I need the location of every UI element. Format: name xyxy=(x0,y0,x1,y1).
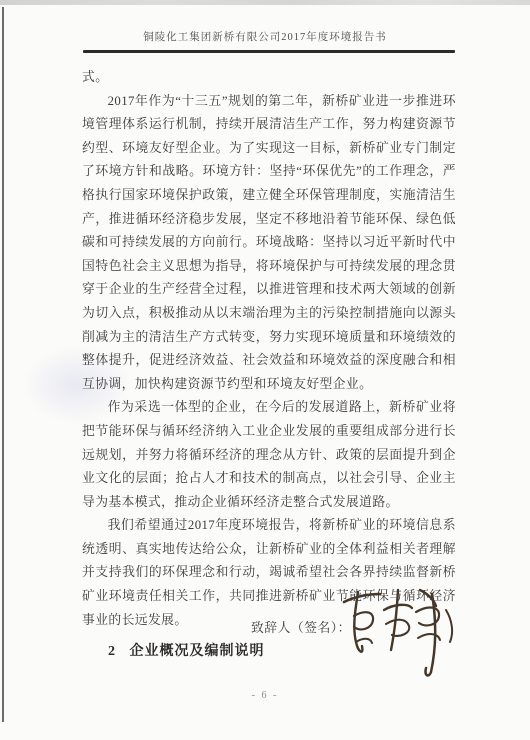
section-number: 2 xyxy=(108,644,116,659)
paragraph-environment-policy: 2017年作为“十三五”规划的第二年，新桥矿业进一步推进环境管理体系运行机制，持… xyxy=(82,90,456,397)
scan-edge-top xyxy=(0,0,530,5)
continuation-line: 式。 xyxy=(82,66,456,90)
section-heading: 2 企业概况及编制说明 xyxy=(108,640,265,660)
handwritten-signature xyxy=(336,580,464,680)
body-text-block: 式。 2017年作为“十三五”规划的第二年，新桥矿业进一步推进环境管理体系运行机… xyxy=(82,66,456,632)
page-number: - 6 - xyxy=(0,690,530,701)
header-rule xyxy=(83,50,455,53)
scan-edge-left-line xyxy=(2,7,4,722)
paragraph-circular-economy: 作为采选一体型的企业，在今后的发展道路上，新桥矿业将把节能环保与循环经济纳入工业… xyxy=(82,396,456,514)
scanned-document-page: 铜陵化工集团新桥有限公司2017年度环境报告书 式。 2017年作为“十三五”规… xyxy=(0,0,530,740)
running-header-title: 铜陵化工集团新桥有限公司2017年度环境报告书 xyxy=(0,29,530,44)
section-title: 企业概况及编制说明 xyxy=(130,644,265,659)
